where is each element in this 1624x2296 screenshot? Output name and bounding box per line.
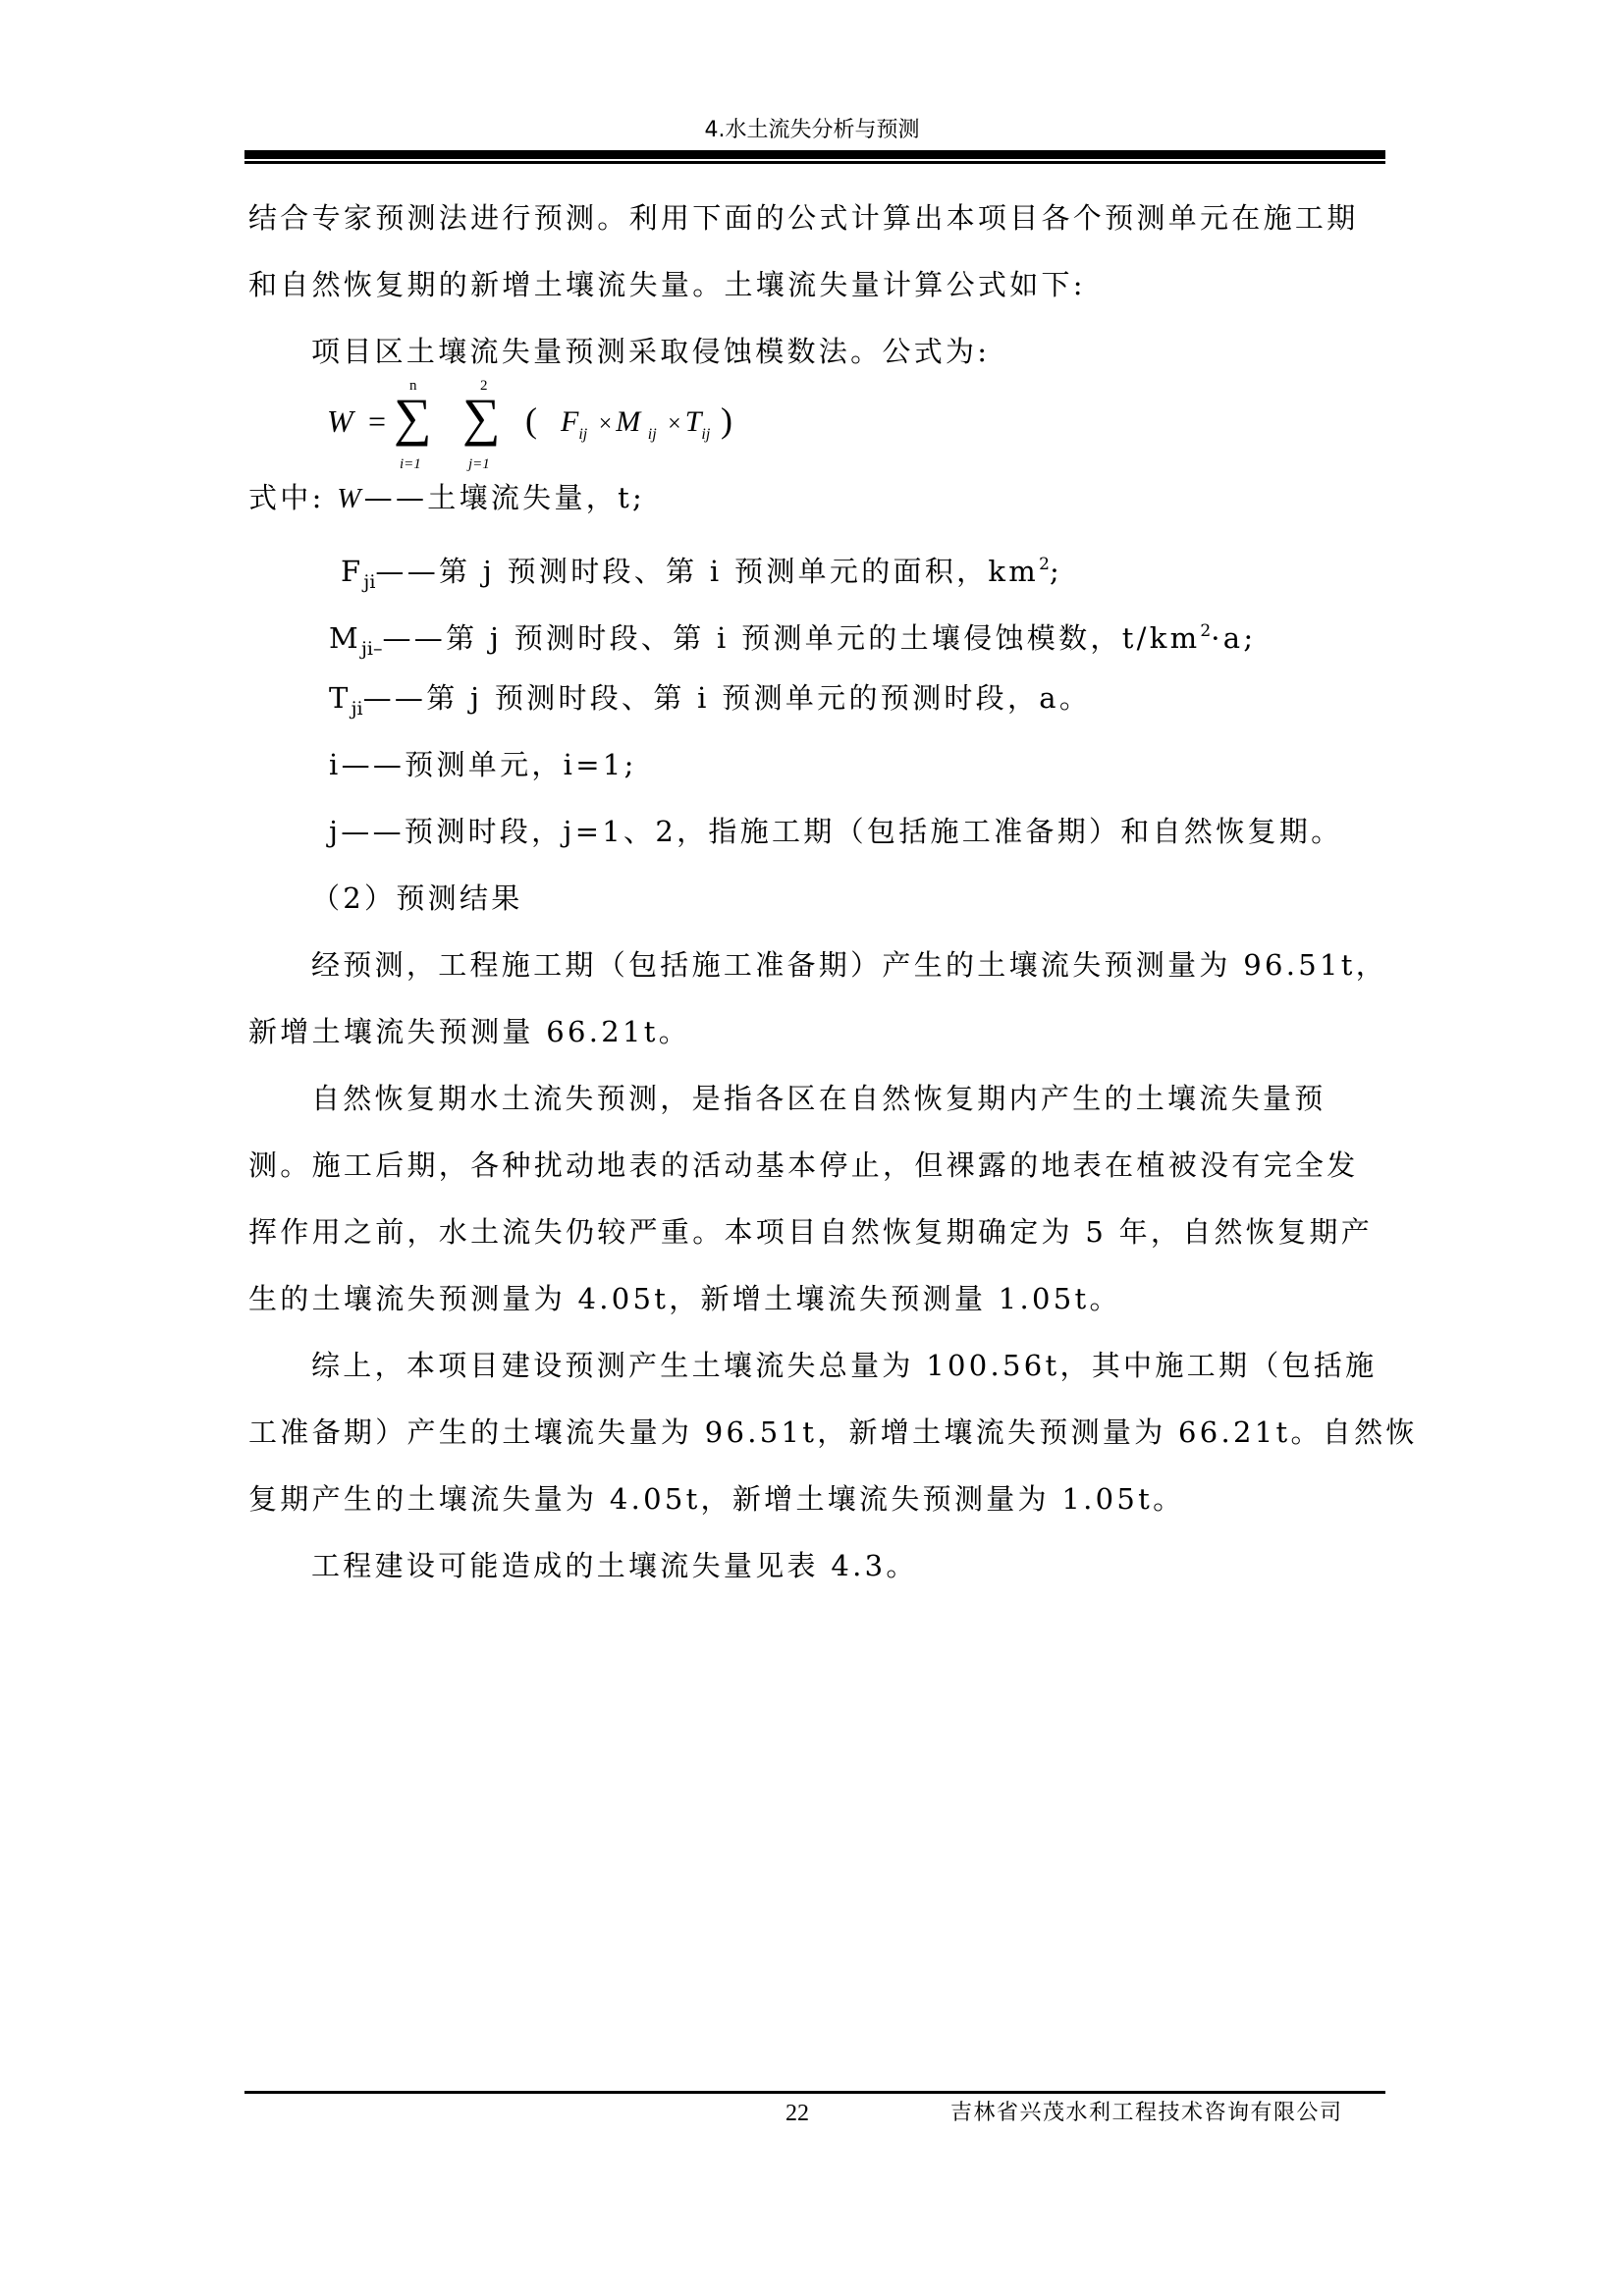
where-W-var: W bbox=[337, 483, 363, 514]
var-j-name: j bbox=[329, 815, 341, 848]
var-i-line: i——预测单元，i=1; bbox=[329, 745, 637, 784]
var-T-name: T bbox=[329, 681, 352, 715]
paragraph-4-line-4: 生的土壤流失预测量为 4.05t，新增土壤流失预测量 1.05t。 bbox=[248, 1279, 1121, 1318]
var-F-tail: ; bbox=[1050, 555, 1062, 588]
formula-M: M bbox=[616, 405, 640, 438]
formula-paren-close: ) bbox=[721, 400, 732, 441]
var-F-line: Fji——第 j 预测时段、第 i 预测单元的面积，km2; bbox=[341, 545, 1062, 602]
paragraph-3-line-2: 新增土壤流失预测量 66.21t。 bbox=[248, 1012, 690, 1051]
formula-lhs: W bbox=[327, 403, 353, 440]
paragraph-5-line-2: 工准备期）产生的土壤流失量为 96.51t，新增土壤流失预测量为 66.21t。… bbox=[248, 1413, 1418, 1452]
where-W-line: 式中: W——土壤流失量，t; bbox=[248, 478, 645, 518]
paragraph-2: 项目区土壤流失量预测采取侵蚀模数法。公式为: bbox=[311, 332, 990, 371]
paragraph-4-line-3: 挥作用之前，水土流失仍较严重。本项目自然恢复期确定为 5 年，自然恢复期产 bbox=[248, 1212, 1373, 1252]
footer-rule bbox=[244, 2091, 1385, 2094]
sigma-icon: ∑ bbox=[462, 388, 501, 447]
var-T-sub: ji bbox=[352, 698, 363, 720]
paragraph-1-line-2: 和自然恢复期的新增土壤流失量。土壤流失量计算公式如下: bbox=[248, 265, 1086, 304]
where-prefix: 式中: bbox=[248, 481, 325, 514]
var-M-sub: ji bbox=[361, 638, 373, 660]
var-T-desc: ——第 j 预测时段、第 i 预测单元的预测时段，a。 bbox=[363, 681, 1092, 715]
footer-company-name: 吉林省兴茂水利工程技术咨询有限公司 bbox=[950, 2099, 1343, 2128]
formula-F: F bbox=[561, 405, 578, 438]
formula-equals: = bbox=[368, 403, 386, 440]
section-heading-results: （2）预测结果 bbox=[311, 879, 523, 918]
page-number: 22 bbox=[785, 2099, 809, 2128]
var-i-desc: ——预测单元，i=1; bbox=[342, 748, 637, 781]
sigma-icon: ∑ bbox=[394, 388, 432, 447]
running-header-title: 4.水土流失分析与预测 bbox=[0, 116, 1624, 145]
paragraph-5-line-3: 复期产生的土壤流失量为 4.05t，新增土壤流失预测量为 1.05t。 bbox=[248, 1479, 1184, 1519]
paragraph-4-line-1: 自然恢复期水土流失预测，是指各区在自然恢复期内产生的土壤流失量预 bbox=[311, 1079, 1326, 1118]
var-F-name: F bbox=[341, 555, 363, 588]
var-T-line: Tji——第 j 预测时段、第 i 预测单元的预测时段，a。 bbox=[329, 678, 1091, 728]
formula-T-subscript: ij bbox=[701, 426, 710, 443]
formula-M-subscript: ij bbox=[648, 426, 657, 443]
var-M-sup: 2 bbox=[1200, 621, 1211, 641]
paragraph-5-line-1: 综上，本项目建设预测产生土壤流失总量为 100.56t，其中施工期（包括施 bbox=[311, 1346, 1377, 1385]
var-F-sup: 2 bbox=[1039, 555, 1050, 574]
formula-product: Fij ×M ij ×Tij bbox=[561, 405, 710, 444]
header-rule-thick bbox=[244, 150, 1385, 159]
header-rule-thin bbox=[244, 161, 1385, 164]
var-F-sub: ji bbox=[363, 571, 375, 593]
times-icon: × bbox=[668, 411, 681, 437]
sum1-lower-limit: i=1 bbox=[400, 456, 421, 473]
var-M-tail: ·a; bbox=[1211, 621, 1256, 655]
paragraph-4-line-2: 测。施工后期，各种扰动地表的活动基本停止，但裸露的地表在植被没有完全发 bbox=[248, 1146, 1359, 1185]
erosion-formula: W = n ∑ i=1 2 ∑ j=1 ( Fij ×M ij ×Tij ) bbox=[303, 378, 775, 476]
paragraph-3-line-1: 经预测，工程施工期（包括施工准备期）产生的土壤流失预测量为 96.51t， bbox=[311, 945, 1387, 985]
formula-F-subscript: ij bbox=[578, 426, 587, 443]
var-M-name: M bbox=[329, 621, 361, 655]
sum2-lower-limit: j=1 bbox=[468, 456, 490, 473]
var-j-line: j——预测时段，j=1、2，指施工期（包括施工准备期）和自然恢复期。 bbox=[329, 812, 1342, 851]
formula-T: T bbox=[685, 405, 702, 438]
var-M-desc: ——第 j 预测时段、第 i 预测单元的土壤侵蚀模数，t/km bbox=[382, 621, 1200, 655]
formula-paren-open: ( bbox=[525, 400, 537, 441]
where-W-desc: ——土壤流失量，t; bbox=[364, 481, 645, 514]
var-F-desc: ——第 j 预测时段、第 i 预测单元的面积，km bbox=[375, 555, 1039, 588]
paragraph-6: 工程建设可能造成的土壤流失量见表 4.3。 bbox=[311, 1546, 918, 1585]
var-M-line: Mji–——第 j 预测时段、第 i 预测单元的土壤侵蚀模数，t/km2·a; bbox=[329, 612, 1256, 668]
paragraph-1-line-1: 结合专家预测法进行预测。利用下面的公式计算出本项目各个预测单元在施工期 bbox=[248, 198, 1359, 238]
var-j-desc: ——预测时段，j=1、2，指施工期（包括施工准备期）和自然恢复期。 bbox=[341, 815, 1342, 848]
times-icon: × bbox=[599, 411, 613, 437]
var-i-name: i bbox=[329, 748, 342, 781]
